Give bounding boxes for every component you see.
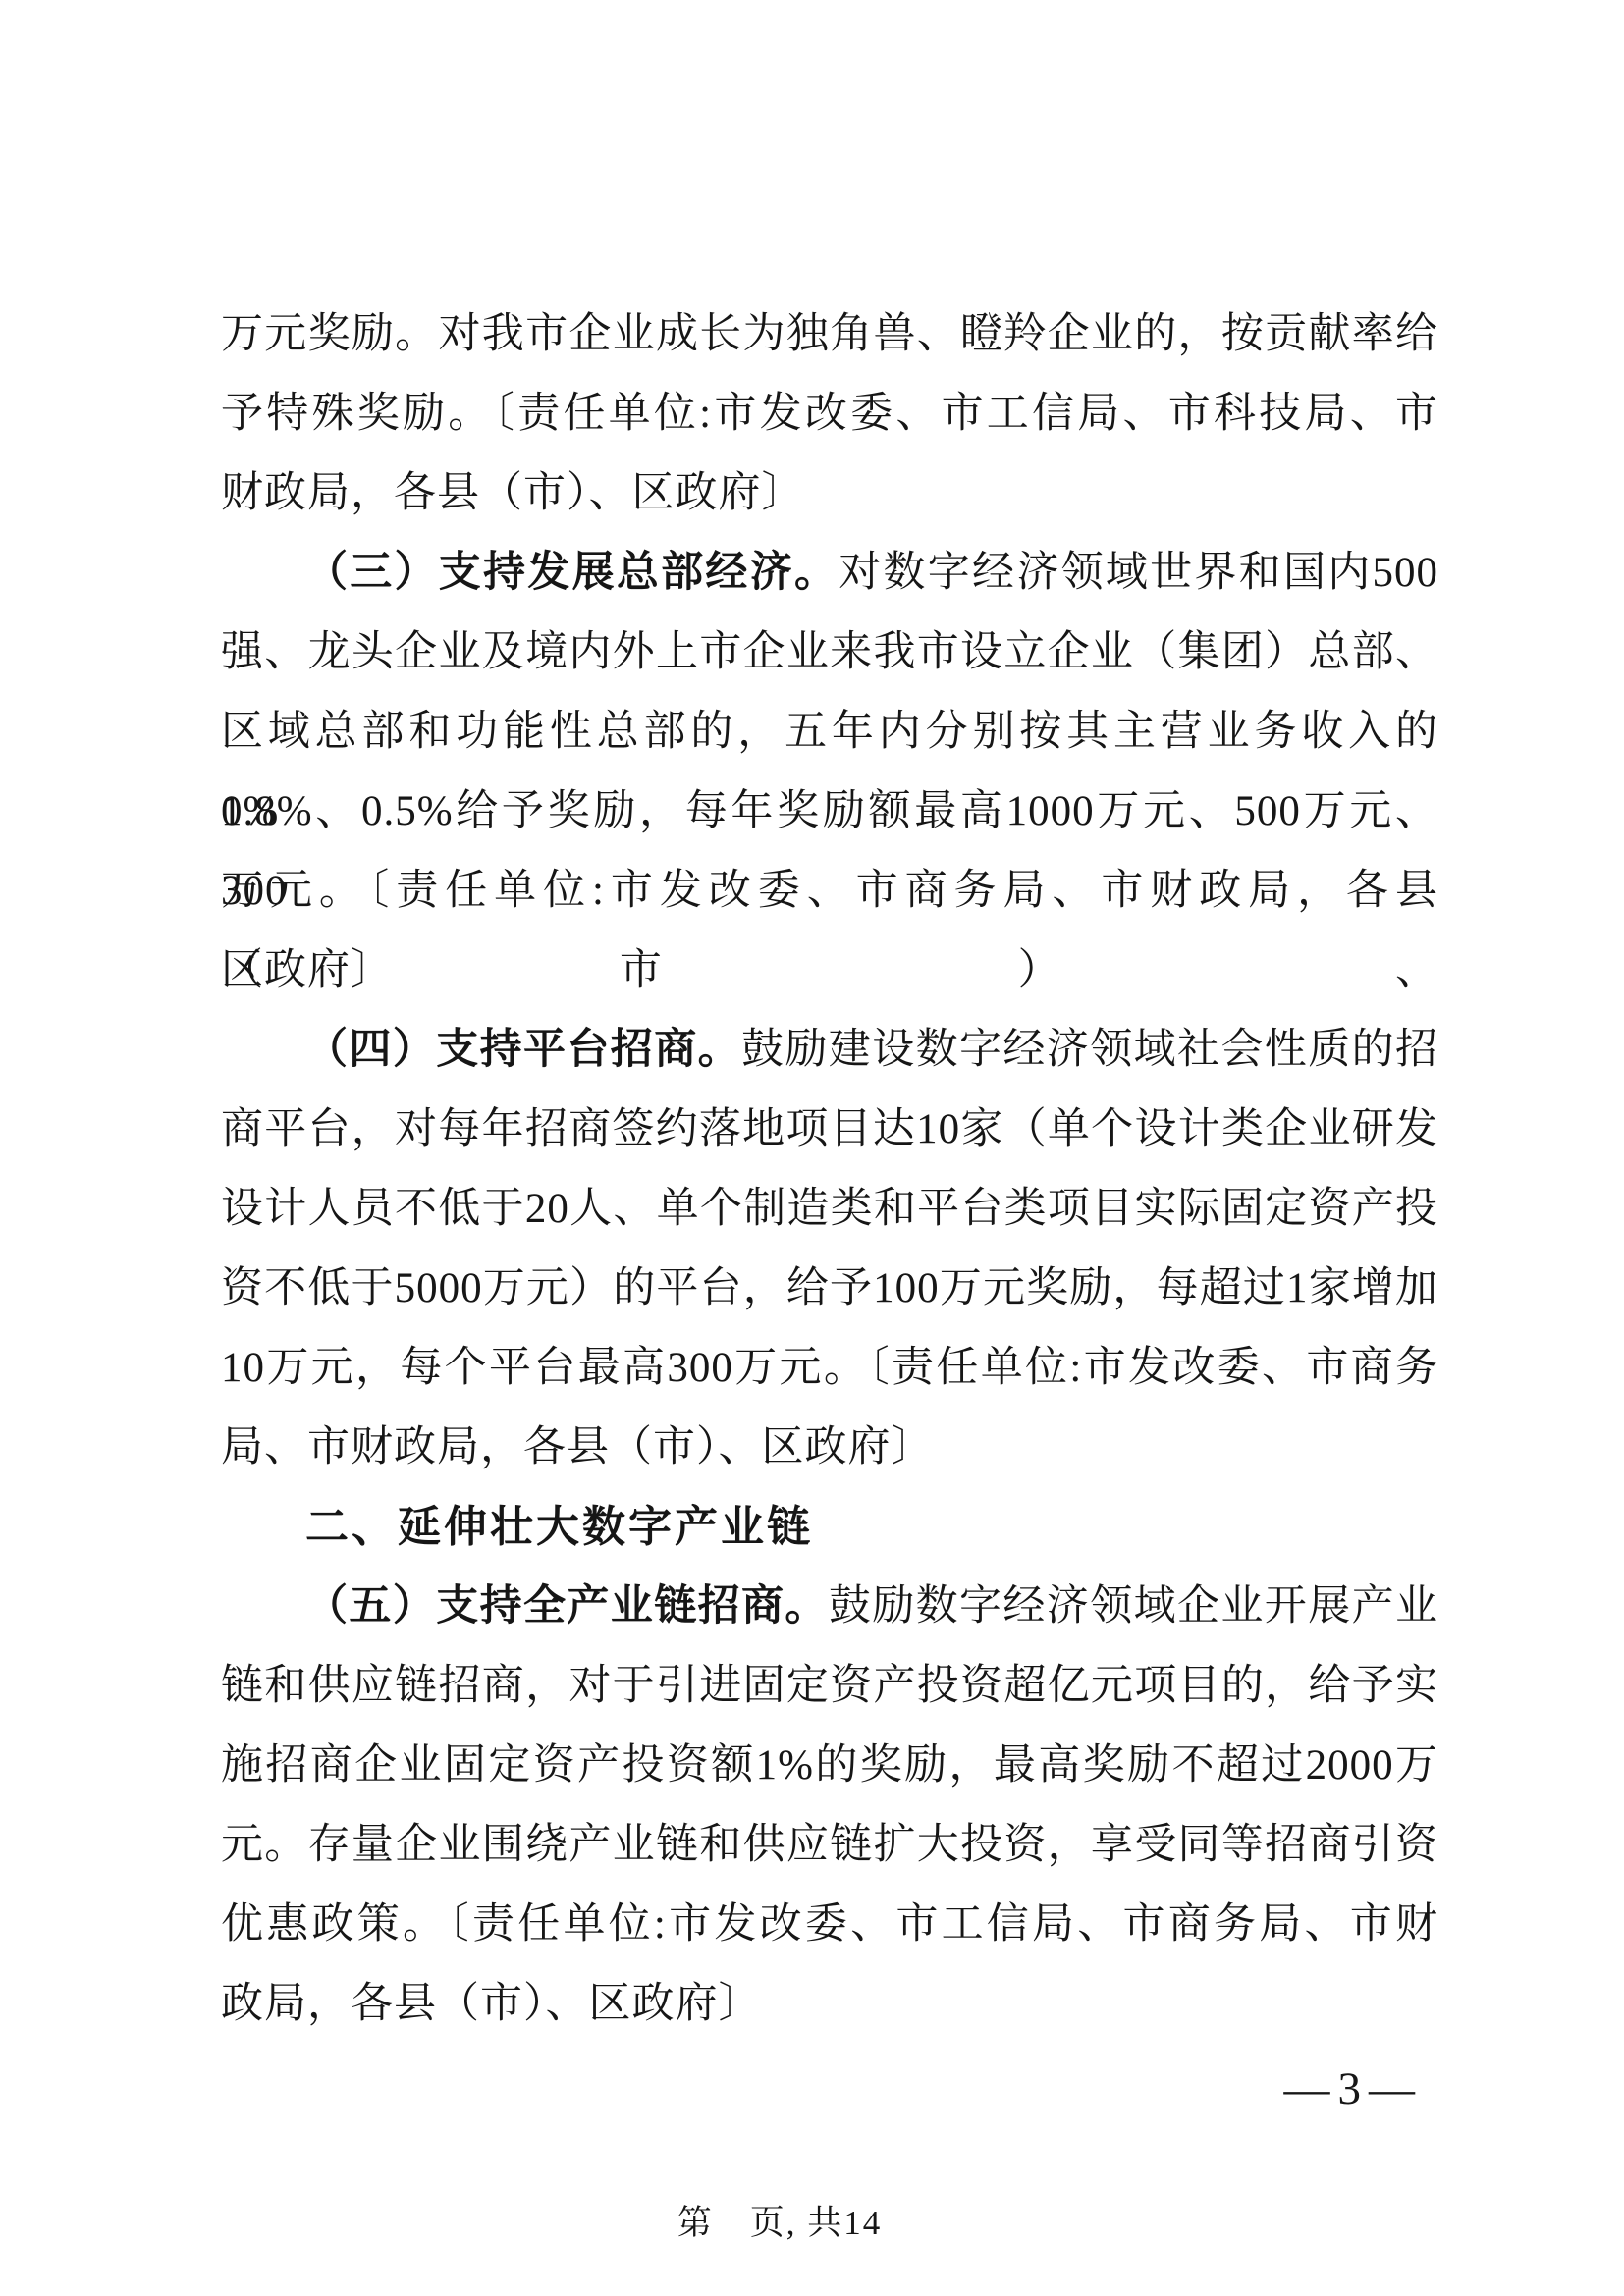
line-text: 鼓励建设数字经济领域社会性质的招 <box>741 1027 1438 1073</box>
document-line: 10万元，每个平台最高300万元。〔责任单位:市发改委、市商务 <box>221 1328 1438 1408</box>
document-line: 政局，各县（市）、区政府〕 <box>221 1964 1438 2044</box>
document-line: 0.8%、0.5%给予奖励，每年奖励额最高1000万元、500万元、300 <box>221 772 1438 851</box>
section-lead-title: （四）支持平台招商。 <box>305 1027 741 1073</box>
document-line: 商平台，对每年招商签约落地项目达10家（单个设计类企业研发 <box>221 1090 1438 1169</box>
section-lead-title: （三）支持发展总部经济。 <box>305 550 839 596</box>
document-line: 设计人员不低于20人、单个制造类和平台类项目实际固定资产投 <box>221 1169 1438 1249</box>
document-line: 优惠政策。〔责任单位:市发改委、市工信局、市商务局、市财 <box>221 1885 1438 1964</box>
document-line: 元。存量企业围绕产业链和供应链扩大投资，享受同等招商引资 <box>221 1805 1438 1885</box>
section-heading: 二、延伸壮大数字产业链 <box>221 1487 1438 1567</box>
document-line: 施招商企业固定资产投资额1%的奖励，最高奖励不超过2000万 <box>221 1726 1438 1805</box>
document-line: 链和供应链招商，对于引进固定资产投资超亿元项目的，给予实 <box>221 1646 1438 1726</box>
line-text: 鼓励数字经济领域企业开展产业 <box>829 1583 1438 1629</box>
document-line: （五）支持全产业链招商。鼓励数字经济领域企业开展产业 <box>221 1567 1438 1646</box>
document-line: 财政局，各县（市）、区政府〕 <box>221 454 1438 533</box>
document-body: 万元奖励。对我市企业成长为独角兽、瞪羚企业的，按贡献率给 予特殊奖励。〔责任单位… <box>221 294 1438 2044</box>
document-line: 区域总部和功能性总部的，五年内分别按其主营业务收入的1%、 <box>221 692 1438 772</box>
page-number: —3— <box>1284 2059 1424 2118</box>
document-line: 予特殊奖励。〔责任单位:市发改委、市工信局、市科技局、市 <box>221 374 1438 454</box>
page: 万元奖励。对我市企业成长为独角兽、瞪羚企业的，按贡献率给 予特殊奖励。〔责任单位… <box>0 0 1624 2296</box>
document-line: （三）支持发展总部经济。对数字经济领域世界和国内500 <box>221 533 1438 613</box>
line-text: 对数字经济领域世界和国内500 <box>839 550 1438 596</box>
document-line: 强、龙头企业及境内外上市企业来我市设立企业（集团）总部、 <box>221 613 1438 692</box>
document-line: 万元。〔责任单位:市发改委、市商务局、市财政局，各县（市）、 <box>221 851 1438 931</box>
section-lead-title: （五）支持全产业链招商。 <box>305 1583 829 1629</box>
document-line: （四）支持平台招商。鼓励建设数字经济领域社会性质的招 <box>221 1010 1438 1090</box>
page-footer: 第 页, 共14 <box>0 2199 1559 2248</box>
document-line: 局、市财政局，各县（市）、区政府〕 <box>221 1408 1438 1487</box>
document-line: 万元奖励。对我市企业成长为独角兽、瞪羚企业的，按贡献率给 <box>221 294 1438 374</box>
document-line: 资不低于5000万元）的平台，给予100万元奖励，每超过1家增加 <box>221 1249 1438 1328</box>
